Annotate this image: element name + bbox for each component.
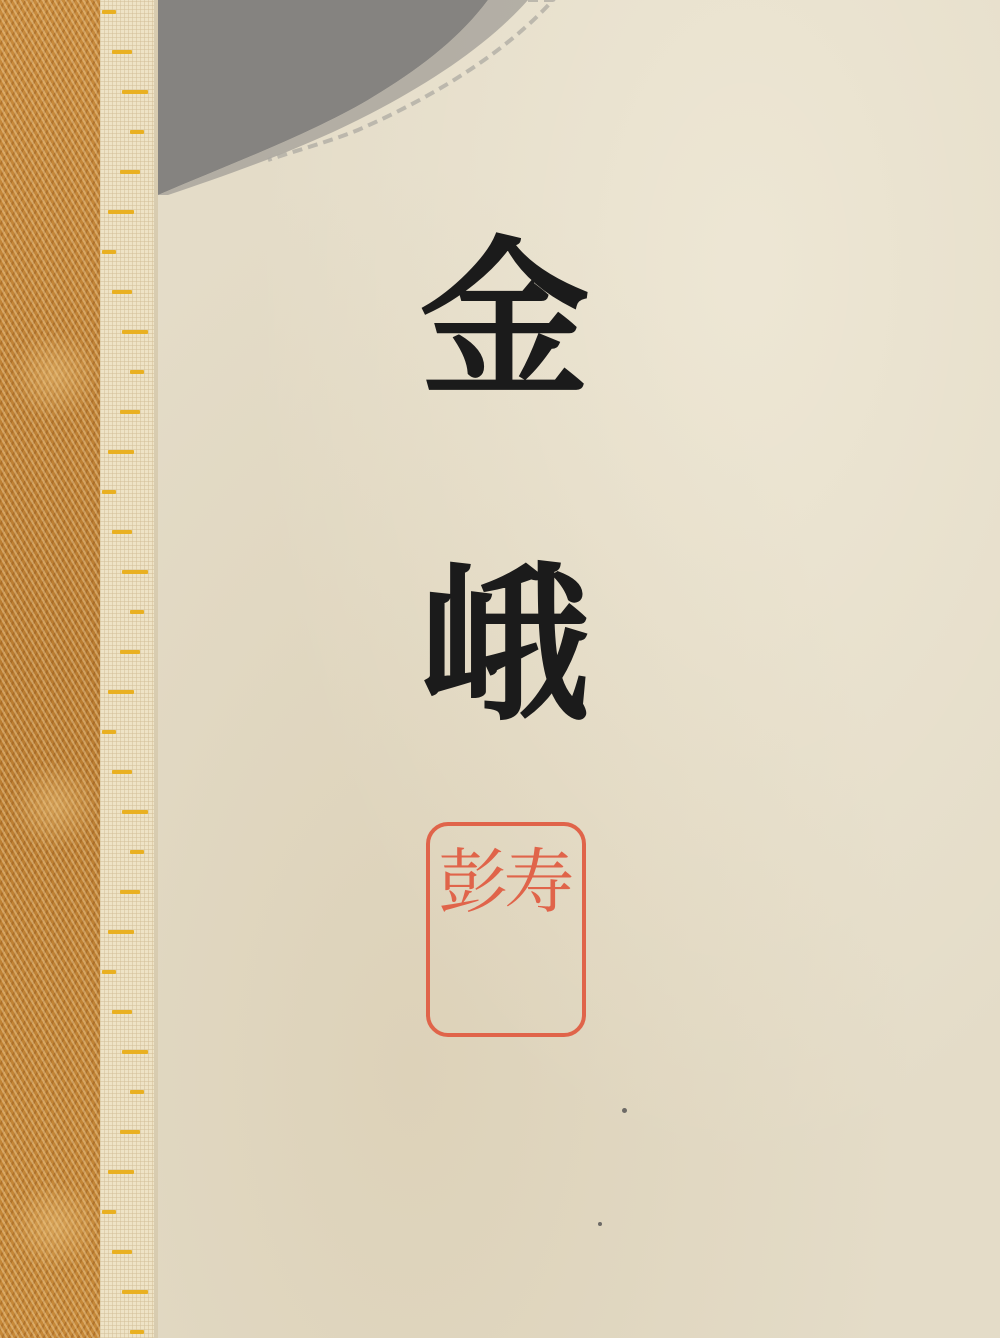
- gold-thread: [112, 530, 132, 534]
- gold-thread: [102, 970, 116, 974]
- gold-thread: [102, 250, 116, 254]
- gold-thread: [120, 170, 140, 174]
- gold-thread: [102, 10, 116, 14]
- brocade-flower-motif: [10, 330, 100, 420]
- outer-brocade-mounting: [0, 0, 100, 1338]
- gold-thread: [102, 490, 116, 494]
- gold-thread: [122, 1290, 148, 1294]
- gold-thread: [108, 930, 134, 934]
- gold-thread: [120, 890, 140, 894]
- gold-thread: [112, 1010, 132, 1014]
- gold-thread: [112, 1250, 132, 1254]
- gold-thread: [102, 730, 116, 734]
- gold-thread: [108, 1170, 134, 1174]
- gold-thread: [102, 1210, 116, 1214]
- gold-thread: [122, 90, 148, 94]
- seal-character-left: 彭: [438, 834, 508, 930]
- gold-thread: [120, 410, 140, 414]
- brocade-flower-motif: [10, 760, 100, 850]
- gold-thread: [120, 1130, 140, 1134]
- gold-thread: [130, 1330, 144, 1334]
- artist-seal: 寿 彭: [426, 822, 586, 1037]
- gold-thread: [130, 1090, 144, 1094]
- gold-thread: [112, 770, 132, 774]
- gold-thread: [112, 290, 132, 294]
- gold-thread: [122, 330, 148, 334]
- gold-thread: [130, 130, 144, 134]
- gold-thread: [120, 650, 140, 654]
- gold-thread: [108, 690, 134, 694]
- gold-thread: [108, 450, 134, 454]
- signature-character-kin: 金: [410, 235, 600, 405]
- seal-character-right: 寿: [504, 834, 574, 930]
- signature-character-ga: 峨: [410, 560, 600, 730]
- gold-thread: [130, 370, 144, 374]
- inner-silk-border: [100, 0, 156, 1338]
- brocade-flower-motif: [10, 1180, 100, 1270]
- gold-thread: [130, 850, 144, 854]
- gold-thread: [122, 570, 148, 574]
- paper-spot: [622, 1108, 627, 1113]
- gold-thread: [122, 1050, 148, 1054]
- gold-thread: [130, 610, 144, 614]
- paper-spot: [598, 1222, 602, 1226]
- gold-thread: [108, 210, 134, 214]
- gold-thread: [112, 50, 132, 54]
- gold-thread: [122, 810, 148, 814]
